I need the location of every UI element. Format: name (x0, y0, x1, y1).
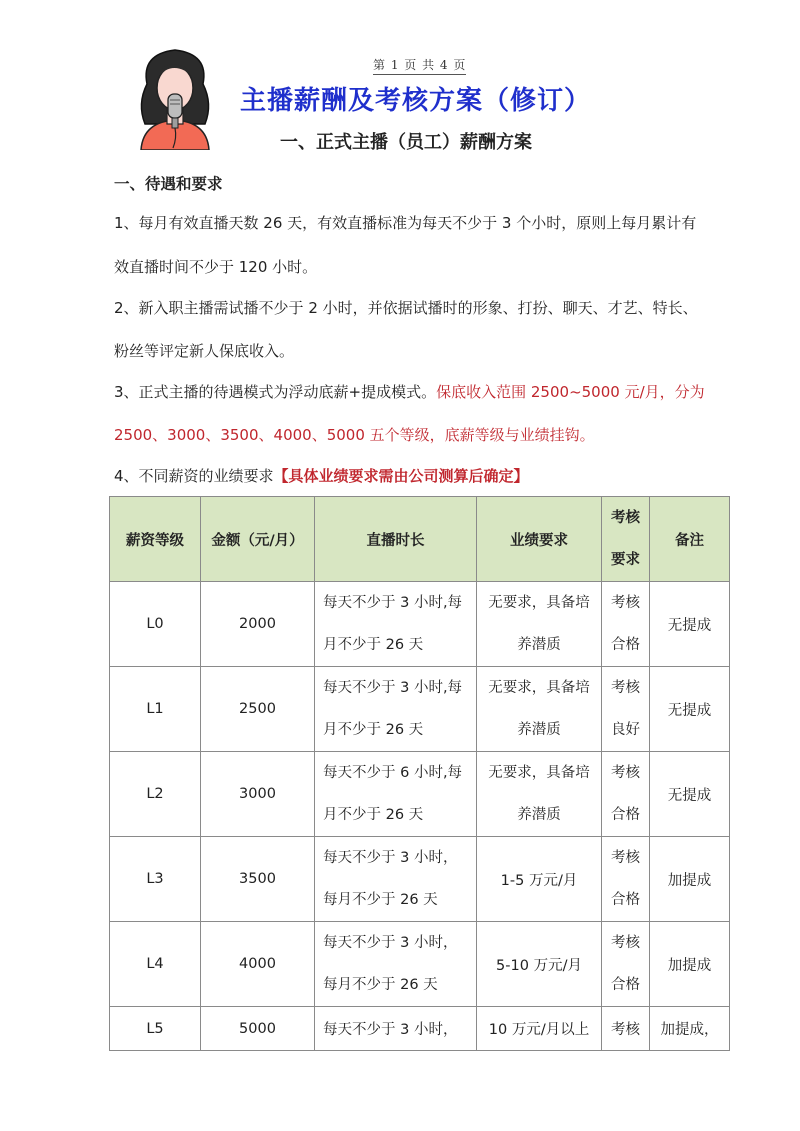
cell-duration: 每天不少于 3 小时，每月不少于 26 天 (315, 837, 477, 922)
cell-performance-line-2: 养潜质 (477, 709, 601, 751)
paragraph-3-line-2: 2500、3000、3500、4000、5000 五个等级，底薪等级与业绩挂钩。 (114, 424, 595, 445)
cell-remark: 加提成， (650, 1007, 730, 1051)
cell-amount: 2000 (201, 582, 315, 667)
header-assessment-line-2: 要求 (602, 539, 649, 581)
cell-duration-line-2: 月不少于 26 天 (323, 709, 476, 751)
section-subtitle: 一、正式主播（员工）薪酬方案 (280, 128, 532, 154)
cell-amount: 3000 (201, 752, 315, 837)
cell-level: L1 (110, 667, 201, 752)
paragraph-1-line-1: 1、每月有效直播天数 26 天，有效直播标准为每天不少于 3 个小时，原则上每月… (114, 212, 696, 233)
header-duration: 直播时长 (315, 497, 477, 582)
cell-performance: 10 万元/月以上 (477, 1007, 602, 1051)
header-amount: 金额（元/月） (201, 497, 315, 582)
page-indicator: 第 1 页 共 4 页 (373, 56, 466, 75)
cell-duration-line-2: 每月不少于 26 天 (323, 964, 476, 1006)
cell-assessment-line-1: 考核 (602, 582, 649, 624)
cell-assessment: 考核合格 (602, 922, 650, 1007)
cell-assessment: 考核合格 (602, 582, 650, 667)
paragraph-3-line-1: 3、正式主播的待遇模式为浮动底薪+提成模式。保底收入范围 2500~5000 元… (114, 381, 705, 402)
cell-duration-line-1: 每天不少于 3 小时,每 (323, 582, 476, 624)
cell-assessment: 考核合格 (602, 752, 650, 837)
header-assessment: 考核要求 (602, 497, 650, 582)
table-row: L0 2000 每天不少于 3 小时,每月不少于 26 天 无要求，具备培养潜质… (110, 582, 730, 667)
cell-assessment: 考核合格 (602, 837, 650, 922)
paragraph-4-note: 【具体业绩要求需由公司测算后确定】 (274, 467, 529, 485)
cell-performance: 无要求，具备培养潜质 (477, 582, 602, 667)
table-row: L2 3000 每天不少于 6 小时,每月不少于 26 天 无要求，具备培养潜质… (110, 752, 730, 837)
header-performance: 业绩要求 (477, 497, 602, 582)
cell-assessment-line-1: 考核 (602, 667, 649, 709)
cell-remark: 无提成 (650, 582, 730, 667)
cell-assessment-line-1: 考核 (602, 922, 649, 964)
document-title: 主播薪酬及考核方案（修订） (240, 80, 580, 117)
cell-assessment-line-2: 合格 (602, 879, 649, 921)
cell-assessment-line-2: 合格 (602, 624, 649, 666)
cell-amount: 3500 (201, 837, 315, 922)
paragraph-3-highlight: 保底收入范围 2500~5000 元/月，分为 (436, 383, 705, 401)
section-heading: 一、待遇和要求 (114, 172, 223, 194)
cell-duration: 每天不少于 3 小时，每月不少于 26 天 (315, 922, 477, 1007)
cell-performance: 1-5 万元/月 (477, 837, 602, 922)
cell-duration: 每天不少于 3 小时,每月不少于 26 天 (315, 667, 477, 752)
cell-assessment-line-2: 良好 (602, 709, 649, 751)
cell-performance-line-2: 养潜质 (477, 624, 601, 666)
cell-duration-line-1: 每天不少于 3 小时,每 (323, 667, 476, 709)
cell-duration-line-2: 每月不少于 26 天 (323, 879, 476, 921)
cell-performance-line-2: 养潜质 (477, 794, 601, 836)
salary-table: 薪资等级 金额（元/月） 直播时长 业绩要求 考核要求 备注 L0 2000 每… (109, 496, 730, 1051)
table-row: L4 4000 每天不少于 3 小时，每月不少于 26 天 5-10 万元/月 … (110, 922, 730, 1007)
header-level: 薪资等级 (110, 497, 201, 582)
cell-duration: 每天不少于 3 小时， (315, 1007, 477, 1051)
table-row: L5 5000 每天不少于 3 小时， 10 万元/月以上 考核 加提成， (110, 1007, 730, 1051)
cell-performance: 无要求，具备培养潜质 (477, 667, 602, 752)
paragraph-3-text: 3、正式主播的待遇模式为浮动底薪+提成模式。 (114, 383, 436, 401)
cell-assessment: 考核 (602, 1007, 650, 1051)
cell-amount: 4000 (201, 922, 315, 1007)
cell-performance-line-1: 无要求，具备培 (477, 752, 601, 794)
cell-level: L5 (110, 1007, 201, 1051)
header-assessment-line-1: 考核 (602, 497, 649, 539)
cell-assessment-line-1: 考核 (602, 837, 649, 879)
cell-amount: 5000 (201, 1007, 315, 1051)
cell-duration-line-2: 月不少于 26 天 (323, 794, 476, 836)
cell-performance: 5-10 万元/月 (477, 922, 602, 1007)
cell-level: L0 (110, 582, 201, 667)
cell-amount: 2500 (201, 667, 315, 752)
cell-remark: 加提成 (650, 922, 730, 1007)
cell-assessment: 考核良好 (602, 667, 650, 752)
paragraph-2-line-1: 2、新入职主播需试播不少于 2 小时，并依据试播时的形象、打扮、聊天、才艺、特长… (114, 297, 698, 318)
cell-level: L4 (110, 922, 201, 1007)
cell-assessment-line-2: 合格 (602, 964, 649, 1006)
cell-level: L2 (110, 752, 201, 837)
paragraph-2-line-2: 粉丝等评定新人保底收入。 (114, 340, 294, 361)
cell-performance: 无要求，具备培养潜质 (477, 752, 602, 837)
cell-duration: 每天不少于 6 小时,每月不少于 26 天 (315, 752, 477, 837)
streamer-avatar-icon (133, 44, 217, 150)
cell-duration-line-1: 每天不少于 3 小时， (323, 922, 476, 964)
cell-assessment-line-1: 考核 (602, 752, 649, 794)
table-row: L3 3500 每天不少于 3 小时，每月不少于 26 天 1-5 万元/月 考… (110, 837, 730, 922)
header-remark: 备注 (650, 497, 730, 582)
cell-duration: 每天不少于 3 小时,每月不少于 26 天 (315, 582, 477, 667)
table-header-row: 薪资等级 金额（元/月） 直播时长 业绩要求 考核要求 备注 (110, 497, 730, 582)
cell-assessment-line-2: 合格 (602, 794, 649, 836)
paragraph-4: 4、不同薪资的业绩要求【具体业绩要求需由公司测算后确定】 (114, 465, 529, 486)
cell-duration-line-2: 月不少于 26 天 (323, 624, 476, 666)
cell-duration-line-1: 每天不少于 6 小时,每 (323, 752, 476, 794)
cell-remark: 加提成 (650, 837, 730, 922)
table-row: L1 2500 每天不少于 3 小时,每月不少于 26 天 无要求，具备培养潜质… (110, 667, 730, 752)
cell-duration-line-1: 每天不少于 3 小时， (323, 837, 476, 879)
cell-remark: 无提成 (650, 667, 730, 752)
cell-remark: 无提成 (650, 752, 730, 837)
cell-performance-line-1: 无要求，具备培 (477, 582, 601, 624)
paragraph-1-line-2: 效直播时间不少于 120 小时。 (114, 256, 317, 277)
cell-level: L3 (110, 837, 201, 922)
paragraph-4-text: 4、不同薪资的业绩要求 (114, 467, 274, 485)
cell-performance-line-1: 无要求，具备培 (477, 667, 601, 709)
